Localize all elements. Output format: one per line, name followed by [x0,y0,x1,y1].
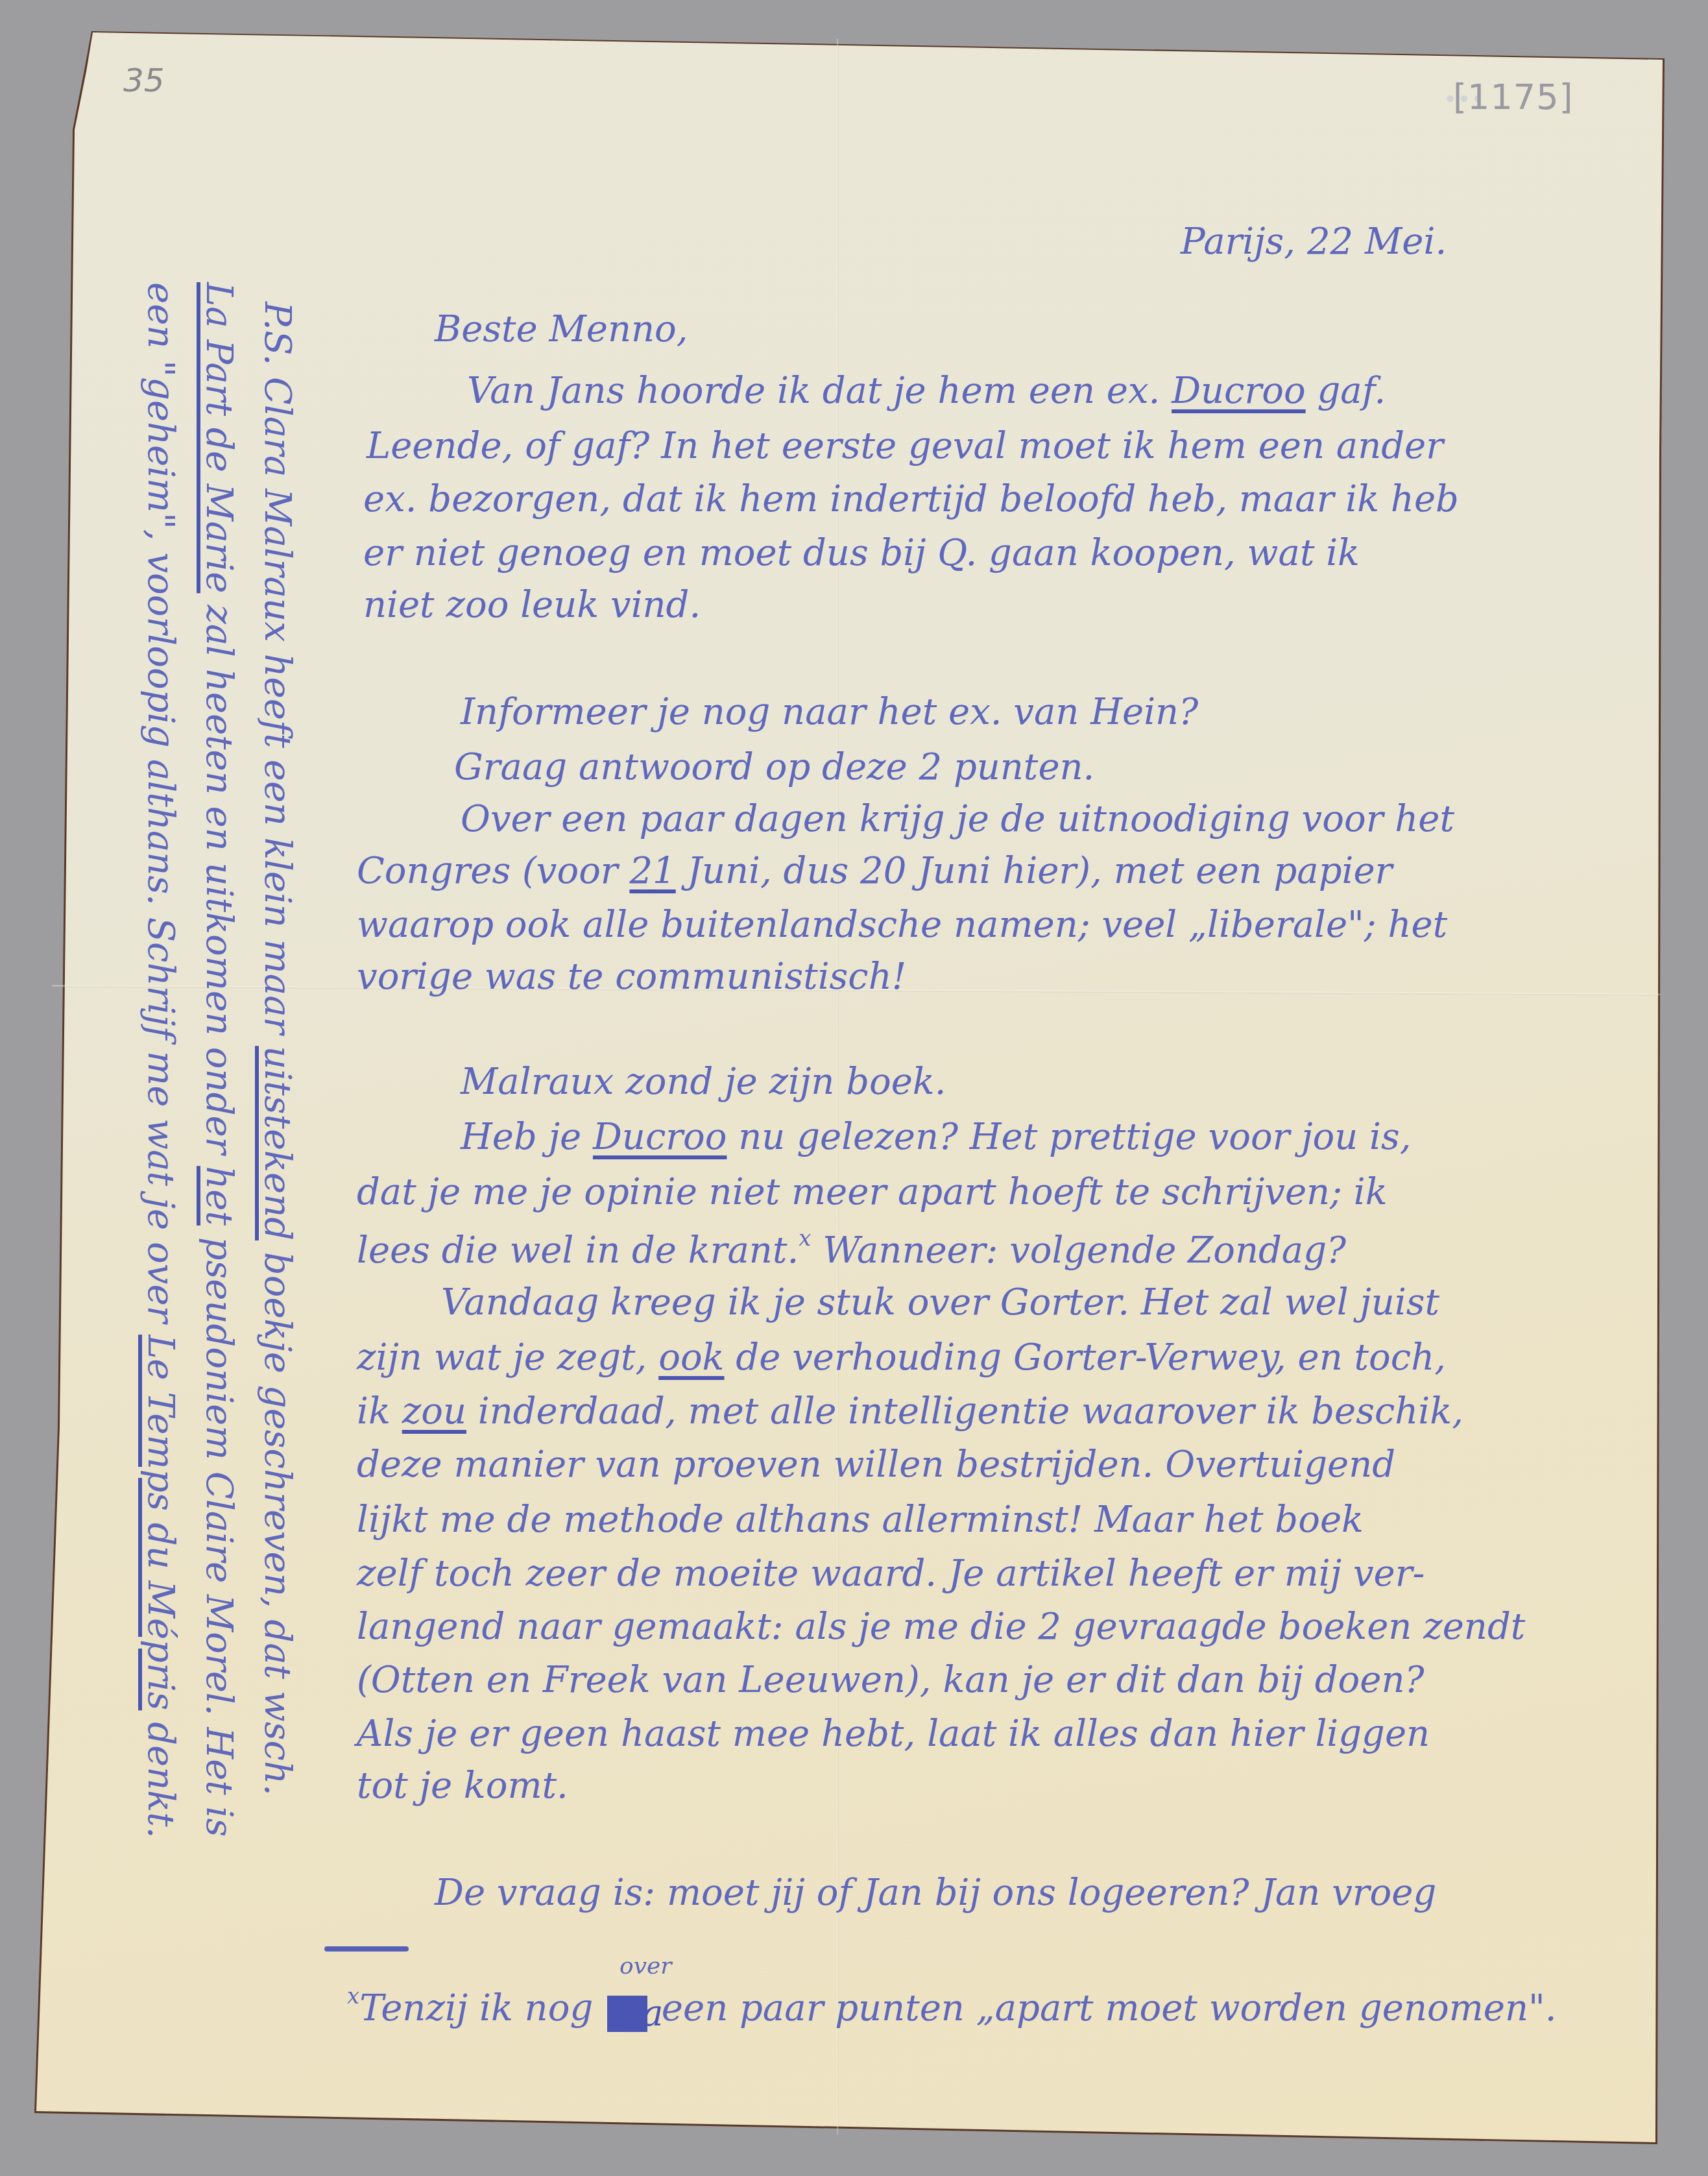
inserted-word: over [619,1953,672,1979]
letter-line: (Otten en Freek van Leeuwen), kan je er … [357,1662,1425,1698]
letter-line: waarop ook alle buitenlandsche namen; ve… [357,907,1447,943]
letter-line: Malraux zond je zijn boek. [461,1064,946,1100]
letter-line: De vraag is: moet jij of Jan bij ons log… [435,1875,1436,1911]
letter-line: er niet genoeg en moet dus bij Q. gaan k… [363,535,1360,572]
place-date: Parijs, 22 Mei. [1181,221,1447,263]
letter-line: zijn wat je zegt, ook de verhouding Gort… [357,1340,1446,1376]
footnote: xTenzij ik nog ma een paar punten „apart… [347,1985,1557,2032]
letter-line: lees die wel in de krant.x Wanneer: volg… [357,1227,1346,1269]
letter-line: Als je er geen haast mee hebt, laat ik a… [357,1716,1430,1752]
letter-line: lijkt me de methode althans allerminst! … [357,1502,1364,1538]
letter-line: langend naar gemaakt: als je me die 2 ge… [357,1609,1525,1645]
letter-line: ex. bezorgen, dat ik hem indertijd beloo… [363,481,1459,518]
letter-line: Leende, of gaf? In het eerste geval moet… [367,428,1443,465]
footnote-separator [324,1946,409,1952]
letter-line: deze manier van proeven willen bestrijde… [357,1447,1395,1483]
letter-line: Informeer je nog naar het ex. van Hein? [461,694,1198,731]
letter-line: Graag antwoord op deze 2 punten. [454,749,1094,786]
struck-out-word: ma [607,1996,647,2032]
letter-line: zelf toch zeer de moeite waard. Je artik… [357,1556,1425,1592]
footnote-text: xTenzij ik nog ma een paar punten „apart… [347,1985,1557,2032]
archive-number: [1175] [1453,77,1574,117]
salutation: Beste Menno, [435,311,688,348]
letter-line: dat je me je opinie niet meer apart hoef… [357,1174,1388,1211]
letter-line: Van Jans hoorde ik dat je hem een ex. Du… [467,373,1386,409]
letter-line: vorige was te communistisch! [357,959,906,995]
footnote-marker: x [347,1983,359,2009]
letter-line: Vandaag kreeg ik je stuk over Gorter. He… [441,1285,1439,1321]
letter-line: ik zou inderdaad, met alle intelligentie… [357,1394,1463,1430]
postscript-line: La Part de Marie zal heeten en uitkomen … [200,282,237,1837]
folio-number: 35 [123,62,165,99]
letter-line: niet zoo leuk vind. [363,587,701,623]
postscript-line: P.S. Clara Malraux heeft een klein maar … [259,302,295,1796]
letter-line: Over een paar dagen krijg je de uitnoodi… [461,801,1454,838]
letter-line: Heb je Ducroo nu gelezen? Het prettige v… [461,1119,1412,1155]
footnote-marker: x [799,1226,811,1251]
postscript-line: een "geheim", voorloopig althans. Schrij… [142,282,178,1838]
letter-line: Congres (voor 21 Juni, dus 20 Juni hier)… [357,853,1392,889]
letter-line: tot je komt. [357,1768,568,1804]
